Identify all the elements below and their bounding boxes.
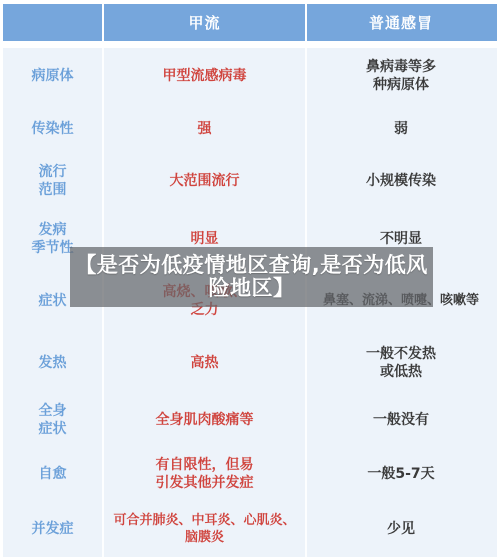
table-header-row: 甲流 普通感冒 [3, 4, 497, 41]
table-row-epidemic-scope: 流行 范围 大范围流行 小规模传染 [3, 154, 497, 208]
caption-overlay: 【是否为低疫情地区查询,是否为低风 险地区】 [70, 247, 433, 307]
flu-value: 可合并肺炎、中耳炎、心肌炎、 脑膜炎 [104, 502, 307, 557]
table-row-systemic-symptoms: 全身 症状 全身肌肉酸痛等 一般没有 [3, 394, 497, 446]
table-row-self-healing: 自愈 有自限性，但易 引发其他并发症 一般5-7天 [3, 446, 497, 502]
cold-value: 小规模传染 [307, 154, 495, 208]
header-cell-empty [3, 4, 104, 41]
flu-value: 高热 [104, 332, 307, 394]
header-cell-cold: 普通感冒 [307, 4, 495, 41]
flu-value: 大范围流行 [104, 154, 307, 208]
flu-value: 全身肌肉酸痛等 [104, 394, 307, 446]
flu-value: 强 [104, 104, 307, 154]
row-label: 发热 [3, 332, 104, 394]
header-cell-flu: 甲流 [104, 4, 307, 41]
cold-value: 一般不发热 或低热 [307, 332, 495, 394]
row-label: 全身 症状 [3, 394, 104, 446]
row-label: 流行 范围 [3, 154, 104, 208]
row-label: 传染性 [3, 104, 104, 154]
cold-value: 鼻病毒等多 种病原体 [307, 48, 495, 104]
caption-overlay-text: 【是否为低疫情地区查询,是否为低风 险地区】 [75, 254, 427, 300]
row-label: 自愈 [3, 446, 104, 502]
row-label: 病原体 [3, 48, 104, 104]
flu-value: 有自限性，但易 引发其他并发症 [104, 446, 307, 502]
cold-value: 少见 [307, 502, 495, 557]
table-row-complications: 并发症 可合并肺炎、中耳炎、心肌炎、 脑膜炎 少见 [3, 502, 497, 557]
cold-value: 一般没有 [307, 394, 495, 446]
table-row-fever: 发热 高热 一般不发热 或低热 [3, 332, 497, 394]
cold-value: 一般5-7天 [307, 446, 495, 502]
table-row-contagiousness: 传染性 强 弱 [3, 104, 497, 154]
cold-value: 弱 [307, 104, 495, 154]
table-row-pathogen: 病原体 甲型流感病毒 鼻病毒等多 种病原体 [3, 48, 497, 104]
row-label: 并发症 [3, 502, 104, 557]
flu-value: 甲型流感病毒 [104, 48, 307, 104]
